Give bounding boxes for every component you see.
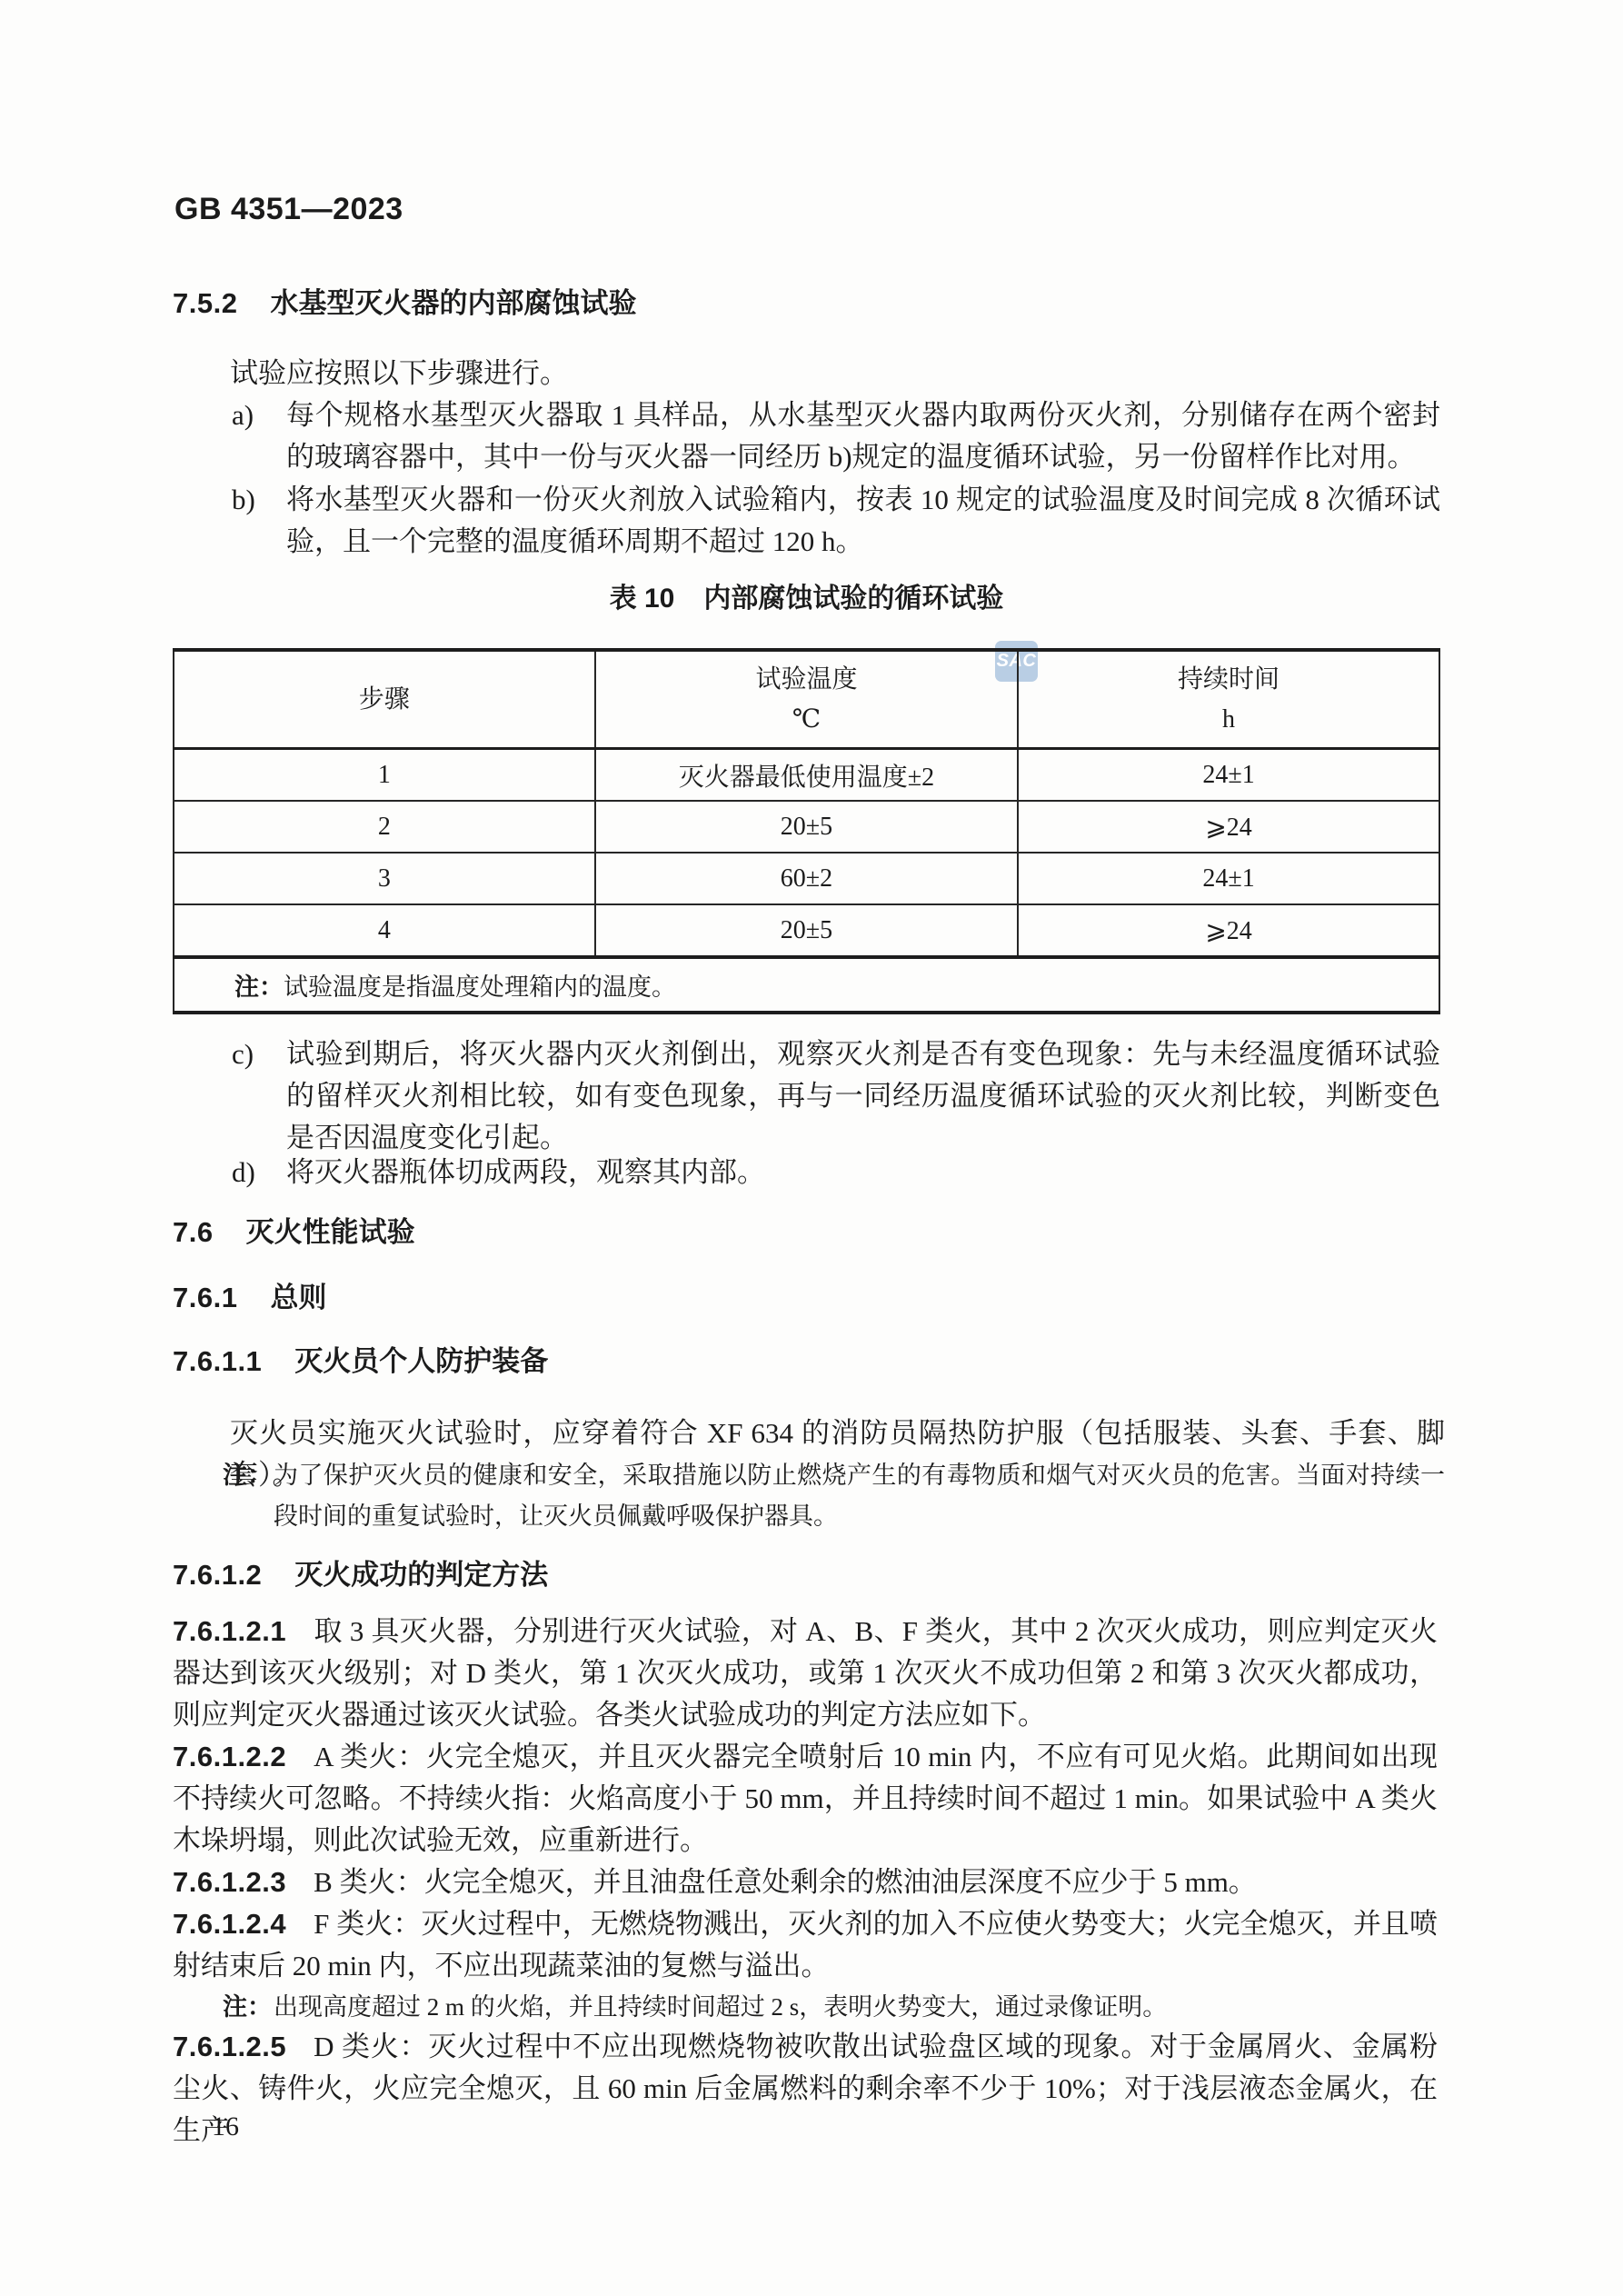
note-label: 注： — [223, 1455, 274, 1537]
table-note-text: 试验温度是指温度处理箱内的温度。 — [284, 973, 676, 1001]
heading-title: 水基型灭火器的内部腐蚀试验 — [270, 287, 636, 319]
clause-7-6-1-2-3: 7.6.1.2.3B 类火：火完全熄灭，并且油盘任意处剩余的燃油油层深度不应少于… — [173, 1862, 1438, 1903]
table-cell: 1 — [174, 749, 595, 802]
standard-code: GB 4351—2023 — [174, 194, 403, 225]
table-caption-title: 内部腐蚀试验的循环试验 — [703, 584, 1003, 614]
clause-7-6-1-2-2: 7.6.1.2.2A 类火：火完全熄灭，并且灭火器完全喷射后 10 min 内，… — [173, 1736, 1438, 1862]
list-item-c: c) 试验到期后，将灭火器内灭火剂倒出，观察灭火剂是否有变色现象：先与未经温度循… — [232, 1033, 1440, 1159]
intro-paragraph: 试验应按照以下步骤进行。 — [230, 353, 1445, 394]
clause-text: F 类火：灭火过程中，无燃烧物溅出，灭火剂的加入不应使火势变大；火完全熄灭，并且… — [173, 1908, 1438, 1982]
document-page: GB 4351—2023 7.5.2水基型灭火器的内部腐蚀试验 试验应按照以下步… — [0, 0, 1623, 2296]
list-item-text: 将灭火器瓶体切成两段，观察其内部。 — [286, 1152, 1440, 1193]
heading-number: 7.6 — [173, 1216, 214, 1248]
clause-number: 7.6.1.2.3 — [173, 1866, 286, 1898]
table-row: 1 灭火器最低使用温度±2 24±1 — [174, 749, 1439, 802]
table-row: 2 20±5 ⩾24 — [174, 801, 1439, 853]
heading-title: 灭火成功的判定方法 — [294, 1559, 548, 1591]
table-row: 4 20±5 ⩾24 — [174, 904, 1439, 957]
column-name: 步骤 — [359, 680, 410, 720]
note-label: 注： — [223, 1987, 274, 2028]
clause-number: 7.6.1.2.2 — [173, 1741, 286, 1772]
table-10: 步骤 试验温度 ℃ 持续时间 h 1 灭火器最低使用温度±2 24±1 — [173, 648, 1440, 1014]
clause-text: B 类火：火完全熄灭，并且油盘任意处剩余的燃油油层深度不应少于 5 mm。 — [314, 1866, 1257, 1898]
table-cell: 60±2 — [595, 853, 1018, 904]
list-item-d: d) 将灭火器瓶体切成两段，观察其内部。 — [232, 1152, 1440, 1193]
clause-text: D 类火：灭火过程中不应出现燃烧物被吹散出试验盘区域的现象。对于金属屑火、金属粉… — [173, 2031, 1438, 2146]
list-item-text: 试验到期后，将灭火器内灭火剂倒出，观察灭火剂是否有变色现象：先与未经温度循环试验… — [286, 1033, 1440, 1159]
heading-title: 灭火员个人防护装备 — [294, 1345, 548, 1377]
table-header-row: 步骤 试验温度 ℃ 持续时间 h — [174, 650, 1439, 749]
heading-7-6-1-1: 7.6.1.1灭火员个人防护装备 — [173, 1344, 1440, 1380]
table-note-cell: 注：试验温度是指温度处理箱内的温度。 — [174, 957, 1439, 1013]
table-caption-label: 表 10 — [610, 584, 675, 614]
table-header-cell: 持续时间 h — [1018, 650, 1439, 749]
table-row: 3 60±2 24±1 — [174, 853, 1439, 904]
note-ppe: 注： 为了保护灭火员的健康和安全，采取措施以防止燃烧产生的有毒物质和烟气对灭火员… — [223, 1455, 1445, 1537]
table-cell: 灭火器最低使用温度±2 — [595, 749, 1018, 802]
note-text: 出现高度超过 2 m 的火焰，并且持续时间超过 2 s，表明火势变大，通过录像证… — [274, 1987, 1445, 2028]
list-item-text: 将水基型灭火器和一份灭火剂放入试验箱内，按表 10 规定的试验温度及时间完成 8… — [286, 479, 1440, 563]
heading-number: 7.6.1.2 — [173, 1559, 262, 1591]
table-cell: 20±5 — [595, 801, 1018, 853]
page-number: 16 — [212, 2113, 239, 2141]
clause-7-6-1-2-1: 7.6.1.2.1取 3 具灭火器，分别进行灭火试验，对 A、B、F 类火，其中… — [173, 1611, 1438, 1736]
table-caption: 表 10内部腐蚀试验的循环试验 — [173, 583, 1440, 615]
heading-7-5-2: 7.5.2水基型灭火器的内部腐蚀试验 — [173, 286, 1440, 322]
column-name: 试验温度 — [755, 660, 857, 700]
note-text: 为了保护灭火员的健康和安全，采取措施以防止燃烧产生的有毒物质和烟气对灭火员的危害… — [274, 1455, 1445, 1537]
table-cell: 4 — [174, 904, 595, 957]
table-cell: 24±1 — [1018, 853, 1439, 904]
clause-7-6-1-2-4: 7.6.1.2.4F 类火：灭火过程中，无燃烧物溅出，灭火剂的加入不应使火势变大… — [173, 1903, 1438, 1987]
heading-7-6-1: 7.6.1总则 — [173, 1281, 1440, 1316]
table-cell: 2 — [174, 801, 595, 853]
clause-number: 7.6.1.2.1 — [173, 1615, 286, 1647]
clause-number: 7.6.1.2.5 — [173, 2031, 286, 2062]
table-header-cell: 试验温度 ℃ — [595, 650, 1018, 749]
table-note-label: 注： — [234, 973, 284, 1001]
note-f-fire: 注： 出现高度超过 2 m 的火焰，并且持续时间超过 2 s，表明火势变大，通过… — [223, 1987, 1445, 2028]
clause-text: 取 3 具灭火器，分别进行灭火试验，对 A、B、F 类火，其中 2 次灭火成功，… — [173, 1615, 1438, 1731]
table-cell: 24±1 — [1018, 749, 1439, 802]
column-name: 持续时间 — [1178, 660, 1279, 700]
list-item-label: c) — [232, 1033, 286, 1159]
heading-7-6-1-2: 7.6.1.2灭火成功的判定方法 — [173, 1558, 1440, 1593]
clause-text: A 类火：火完全熄灭，并且灭火器完全喷射后 10 min 内，不应有可见火焰。此… — [173, 1741, 1438, 1856]
heading-title: 灭火性能试验 — [246, 1216, 415, 1248]
column-unit: h — [1222, 700, 1235, 740]
heading-number: 7.6.1 — [173, 1282, 237, 1313]
clause-7-6-1-2-5: 7.6.1.2.5D 类火：灭火过程中不应出现燃烧物被吹散出试验盘区域的现象。对… — [173, 2026, 1438, 2151]
heading-number: 7.5.2 — [173, 287, 237, 319]
heading-title: 总则 — [270, 1282, 326, 1313]
list-item-label: d) — [232, 1152, 286, 1193]
column-unit: ℃ — [792, 700, 821, 740]
list-item-a: a) 每个规格水基型灭火器取 1 具样品，从水基型灭火器内取两份灭火剂，分别储存… — [232, 394, 1440, 478]
heading-number: 7.6.1.1 — [173, 1345, 262, 1377]
table-cell: 20±5 — [595, 904, 1018, 957]
list-item-label: b) — [232, 479, 286, 563]
clause-number: 7.6.1.2.4 — [173, 1908, 286, 1940]
table-note-row: 注：试验温度是指温度处理箱内的温度。 — [174, 957, 1439, 1013]
list-item-text: 每个规格水基型灭火器取 1 具样品，从水基型灭火器内取两份灭火剂，分别储存在两个… — [286, 394, 1440, 478]
table-cell: ⩾24 — [1018, 904, 1439, 957]
heading-7-6: 7.6灭火性能试验 — [173, 1215, 1440, 1251]
list-item-label: a) — [232, 394, 286, 478]
list-item-b: b) 将水基型灭火器和一份灭火剂放入试验箱内，按表 10 规定的试验温度及时间完… — [232, 479, 1440, 563]
table-cell: 3 — [174, 853, 595, 904]
table-header-cell: 步骤 — [174, 650, 595, 749]
table-cell: ⩾24 — [1018, 801, 1439, 853]
